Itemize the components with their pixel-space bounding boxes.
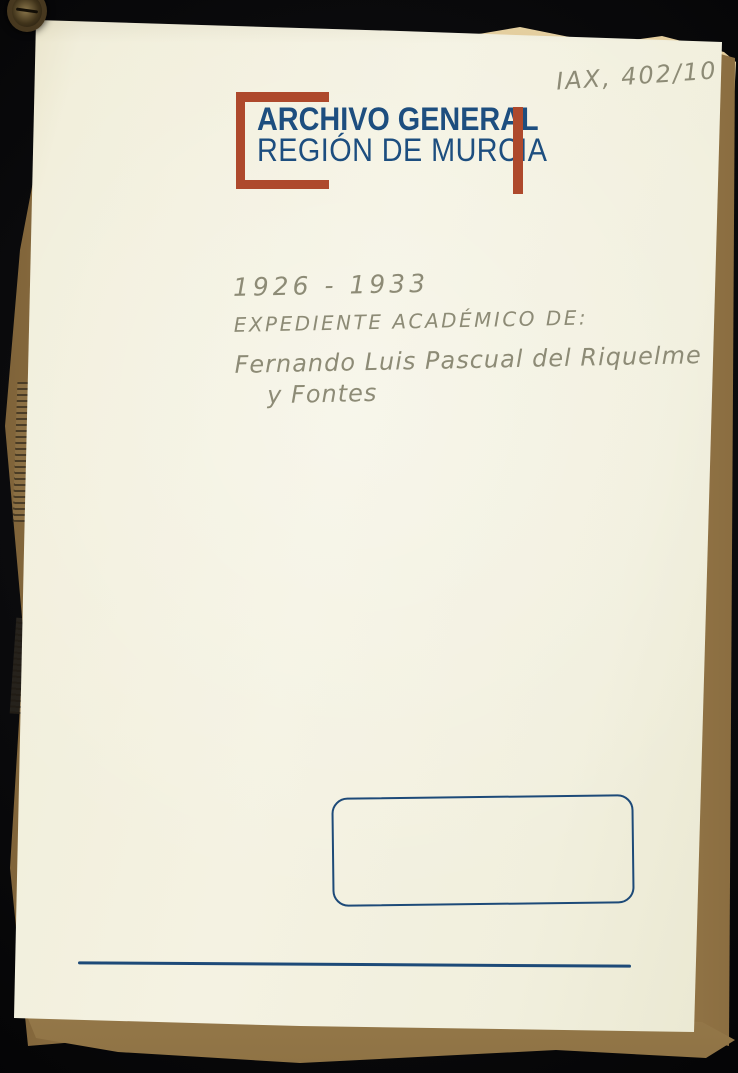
empty-blue-box <box>331 794 634 907</box>
logo-title: ARCHIVO GENERAL REGIÓN DE MURCIA <box>257 104 547 166</box>
logo-title-line2: REGIÓN DE MURCIA <box>257 135 547 166</box>
handwritten-name-line2: y Fontes <box>267 372 703 409</box>
logo-title-line1: ARCHIVO GENERAL <box>257 104 547 135</box>
archivo-general-logo: ARCHIVO GENERAL REGIÓN DE MURCIA <box>236 92 528 194</box>
handwritten-annotations: 1926 - 1933 EXPEDIENTE ACADÉMICO DE: Fer… <box>233 263 703 410</box>
archive-folder-photo: IAX, 402/10 ARCHIVO GENERAL REGIÓN DE MU… <box>0 0 738 1073</box>
cover-page: IAX, 402/10 ARCHIVO GENERAL REGIÓN DE MU… <box>0 0 738 1073</box>
handwritten-years: 1926 - 1933 <box>233 263 701 302</box>
handwritten-heading: EXPEDIENTE ACADÉMICO DE: <box>233 303 701 337</box>
logo-right-bar <box>513 107 523 194</box>
footer-line <box>78 961 631 967</box>
handwritten-reference-code: IAX, 402/10 <box>555 56 718 95</box>
